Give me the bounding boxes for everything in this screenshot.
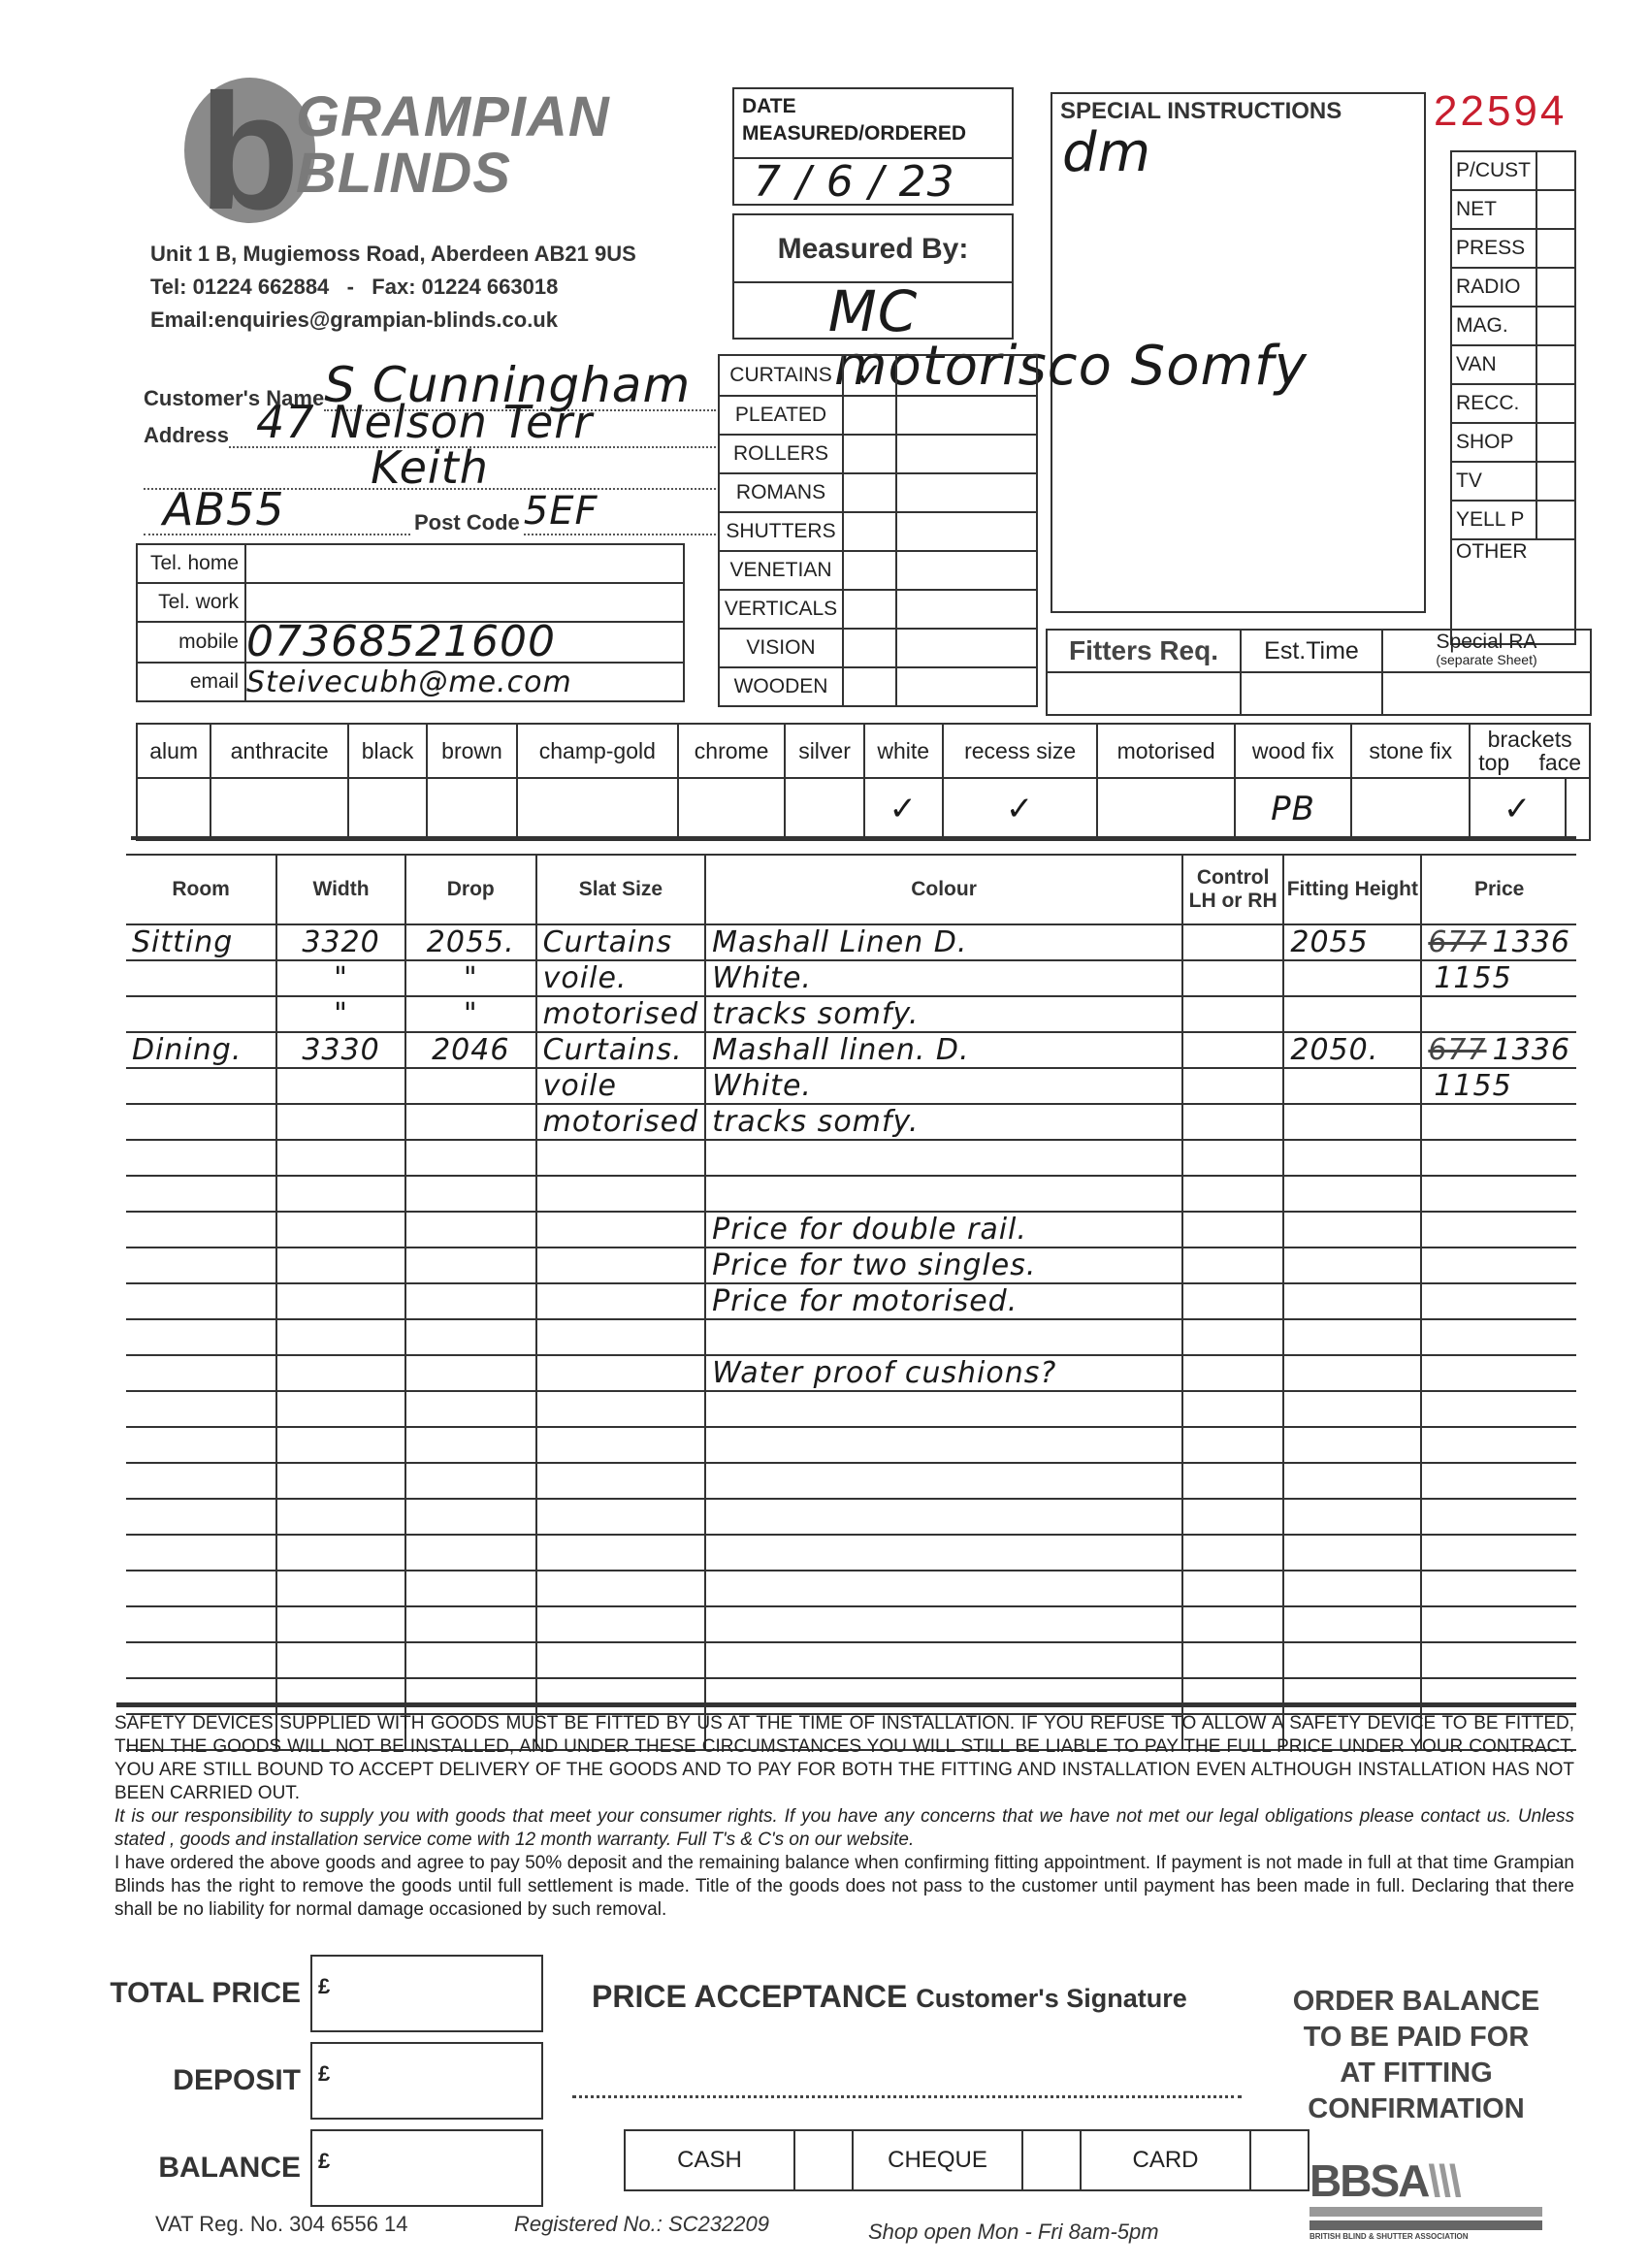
order-cell-slat[interactable]: Curtains.	[536, 1032, 706, 1068]
product-type-note[interactable]	[896, 512, 1037, 551]
order-cell-drop[interactable]: "	[405, 960, 536, 996]
order-cell-control[interactable]	[1182, 1319, 1283, 1355]
brackets-top-checkbox[interactable]: ✓	[1470, 778, 1566, 840]
order-cell-width[interactable]	[276, 1068, 405, 1104]
order-row	[126, 1391, 1576, 1427]
product-type-checkbox[interactable]	[843, 551, 896, 590]
order-cell-control[interactable]	[1182, 1642, 1283, 1678]
product-type-label: ROLLERS	[719, 435, 843, 473]
order-cell-fitting[interactable]	[1283, 1319, 1421, 1355]
order-cell-room[interactable]	[126, 1283, 276, 1319]
order-cell-room[interactable]	[126, 1499, 276, 1535]
order-cell-room[interactable]	[126, 1427, 276, 1463]
option-checkbox[interactable]	[678, 778, 786, 840]
order-cell-drop[interactable]	[405, 1068, 536, 1104]
order-cell-room[interactable]	[126, 1068, 276, 1104]
option-checkbox[interactable]	[210, 778, 348, 840]
source-row: VAN	[1451, 345, 1575, 384]
logo-letter: b	[199, 89, 300, 215]
order-cell-fitting[interactable]	[1283, 1427, 1421, 1463]
source-label: PRESS	[1451, 229, 1536, 268]
order-cell-width[interactable]	[276, 1319, 405, 1355]
product-type-checkbox[interactable]	[843, 512, 896, 551]
order-cell-drop[interactable]	[405, 1319, 536, 1355]
order-column-header: Room	[126, 855, 276, 924]
order-cell-room[interactable]	[126, 1355, 276, 1391]
source-checkbox[interactable]	[1536, 307, 1575, 345]
order-row: ""motorisedtracks somfy.	[126, 996, 1576, 1032]
bbsa-logo: BBSA\\\ BRITISH BLIND & SHUTTER ASSOCIAT…	[1309, 2158, 1542, 2241]
source-checkbox[interactable]	[1536, 151, 1575, 190]
contact-field[interactable]: 07368521600	[245, 622, 684, 663]
order-cell-price[interactable]	[1421, 1535, 1576, 1571]
order-cell-control[interactable]	[1182, 1176, 1283, 1212]
order-cell-slat[interactable]: voile.	[536, 960, 706, 996]
order-cell-fitting[interactable]	[1283, 1104, 1421, 1140]
order-cell-room[interactable]	[126, 1535, 276, 1571]
order-cell-colour[interactable]	[705, 1535, 1182, 1571]
order-cell-slat[interactable]	[536, 1212, 706, 1247]
order-cell-control[interactable]	[1182, 1283, 1283, 1319]
order-cell-colour[interactable]	[705, 1319, 1182, 1355]
order-cell-room[interactable]	[126, 1104, 276, 1140]
order-cell-price[interactable]: 6771336	[1421, 924, 1576, 960]
price-value: 1336	[1493, 1033, 1570, 1067]
order-cell-room[interactable]	[126, 1642, 276, 1678]
order-cell-slat[interactable]	[536, 1140, 706, 1176]
order-cell-width[interactable]: "	[276, 960, 405, 996]
product-type-note[interactable]	[896, 590, 1037, 629]
order-cell-slat[interactable]	[536, 1535, 706, 1571]
order-cell-control[interactable]	[1182, 1068, 1283, 1104]
order-cell-slat[interactable]	[536, 1642, 706, 1678]
contact-label: Tel. work	[137, 583, 245, 622]
order-cell-fitting[interactable]	[1283, 1678, 1421, 1714]
lead-source-table: P/CUSTNETPRESSRADIOMAG.VANRECC.SHOPTVYEL…	[1450, 150, 1576, 645]
product-type-row: PLEATED	[719, 396, 1037, 435]
order-cell-colour[interactable]: Mashall linen. D.	[705, 1032, 1182, 1068]
source-checkbox[interactable]	[1536, 423, 1575, 462]
order-cell-fitting[interactable]	[1283, 1391, 1421, 1427]
order-cell-fitting[interactable]	[1283, 1140, 1421, 1176]
order-cell-control[interactable]	[1182, 1140, 1283, 1176]
order-cell-width[interactable]	[276, 1355, 405, 1391]
order-cell-fitting[interactable]	[1283, 1283, 1421, 1319]
balance-label: BALANCE	[107, 2152, 301, 2185]
order-cell-slat[interactable]	[536, 1606, 706, 1642]
order-cell-room[interactable]	[126, 1247, 276, 1283]
postcode-field[interactable]: 5EF	[524, 489, 716, 535]
source-checkbox[interactable]	[1536, 462, 1575, 501]
order-cell-control[interactable]	[1182, 1535, 1283, 1571]
order-cell-slat[interactable]: voile	[536, 1068, 706, 1104]
product-type-note[interactable]	[896, 355, 1037, 396]
order-cell-colour[interactable]: Price for two singles.	[705, 1247, 1182, 1283]
contact-row: Tel. work	[137, 583, 684, 622]
address-line3-field[interactable]: AB55	[144, 485, 410, 535]
signature-line[interactable]	[572, 2095, 1242, 2098]
order-cell-slat[interactable]	[536, 1678, 706, 1714]
order-cell-drop[interactable]: 2055.	[405, 924, 536, 960]
order-cell-slat[interactable]: motorised	[536, 996, 706, 1032]
order-cell-width[interactable]: 3330	[276, 1032, 405, 1068]
order-cell-room[interactable]	[126, 1391, 276, 1427]
order-cell-drop[interactable]	[405, 1499, 536, 1535]
order-cell-drop[interactable]	[405, 1427, 536, 1463]
order-cell-room[interactable]	[126, 1606, 276, 1642]
brackets-sub: topface	[1474, 751, 1585, 774]
order-cell-price[interactable]	[1421, 1642, 1576, 1678]
order-cell-control[interactable]	[1182, 1032, 1283, 1068]
order-cell-slat[interactable]	[536, 1283, 706, 1319]
order-cell-slat[interactable]	[536, 1463, 706, 1499]
order-cell-slat[interactable]	[536, 1427, 706, 1463]
company-address: Unit 1 B, Mugiemoss Road, Aberdeen AB21 …	[150, 238, 636, 271]
price-value: 1155	[1434, 1069, 1511, 1103]
source-row: RECC.	[1451, 384, 1575, 423]
order-cell-control[interactable]	[1182, 1355, 1283, 1391]
order-row	[126, 1499, 1576, 1535]
product-type-note[interactable]	[896, 435, 1037, 473]
contact-label: email	[137, 663, 245, 701]
product-type-checkbox[interactable]	[843, 435, 896, 473]
price-struck: 677	[1428, 925, 1486, 959]
order-cell-width[interactable]	[276, 1140, 405, 1176]
balance-field[interactable]: £	[310, 2129, 543, 2207]
order-cell-price[interactable]	[1421, 1355, 1576, 1391]
order-cell-width[interactable]	[276, 1463, 405, 1499]
order-row: Sitting33202055.CurtainsMashall Linen D.…	[126, 924, 1576, 960]
option-checkbox[interactable]: PB	[1235, 778, 1351, 840]
order-cell-drop[interactable]	[405, 1391, 536, 1427]
order-row	[126, 1642, 1576, 1678]
contact-field[interactable]	[245, 583, 684, 622]
order-cell-control[interactable]	[1182, 1247, 1283, 1283]
order-cell-colour[interactable]: White.	[705, 960, 1182, 996]
terms-text: SAFETY DEVICES SUPPLIED WITH GOODS MUST …	[114, 1712, 1574, 1922]
shop-hours: Shop open Mon - Fri 8am-5pm	[868, 2219, 1159, 2245]
order-cell-drop[interactable]	[405, 1212, 536, 1247]
order-cell-fitting[interactable]	[1283, 1068, 1421, 1104]
product-type-note[interactable]	[896, 629, 1037, 667]
order-cell-colour[interactable]: Water proof cushions?	[705, 1355, 1182, 1391]
deposit-field[interactable]: £	[310, 2042, 543, 2120]
order-cell-price[interactable]	[1421, 1140, 1576, 1176]
order-cell-fitting[interactable]: 2050.	[1283, 1032, 1421, 1068]
order-cell-room[interactable]	[126, 960, 276, 996]
order-cell-slat[interactable]	[536, 1247, 706, 1283]
date-value[interactable]: 7 / 6 / 23	[734, 159, 1012, 206]
product-type-note[interactable]	[896, 473, 1037, 512]
order-cell-width[interactable]	[276, 1571, 405, 1606]
order-cell-drop[interactable]	[405, 1140, 536, 1176]
balance-row: BALANCE £	[107, 2129, 543, 2207]
order-cell-drop[interactable]: 2046	[405, 1032, 536, 1068]
order-cell-control[interactable]	[1182, 1212, 1283, 1247]
order-cell-slat[interactable]	[536, 1391, 706, 1427]
order-cell-price[interactable]	[1421, 1499, 1576, 1535]
product-type-checkbox[interactable]	[843, 590, 896, 629]
order-cell-slat[interactable]	[536, 1355, 706, 1391]
source-row: SHOP	[1451, 423, 1575, 462]
product-type-note[interactable]	[896, 667, 1037, 706]
order-cell-room[interactable]	[126, 1571, 276, 1606]
product-type-checkbox[interactable]	[843, 667, 896, 706]
order-cell-control[interactable]	[1182, 1499, 1283, 1535]
order-cell-drop[interactable]	[405, 1642, 536, 1678]
product-type-checkbox[interactable]	[843, 396, 896, 435]
postcode-row: AB55 Post Code 5EF	[144, 485, 716, 535]
order-cell-room[interactable]	[126, 1212, 276, 1247]
order-cell-room[interactable]	[126, 1463, 276, 1499]
order-cell-room[interactable]: Sitting	[126, 924, 276, 960]
order-cell-price[interactable]	[1421, 1427, 1576, 1463]
brackets-top-label: top	[1478, 751, 1509, 774]
product-type-checkbox[interactable]: ✓	[843, 355, 896, 396]
order-cell-colour[interactable]	[705, 1571, 1182, 1606]
source-checkbox[interactable]	[1536, 384, 1575, 423]
order-cell-price[interactable]	[1421, 1212, 1576, 1247]
order-cell-price[interactable]	[1421, 1463, 1576, 1499]
order-cell-colour[interactable]	[705, 1499, 1182, 1535]
order-cell-colour[interactable]	[705, 1427, 1182, 1463]
contact-field[interactable]: Steivecubh@me.com	[245, 663, 684, 701]
order-cell-width[interactable]	[276, 1104, 405, 1140]
order-cell-colour[interactable]	[705, 1463, 1182, 1499]
order-cell-drop[interactable]	[405, 1176, 536, 1212]
postcode-label: Post Code	[410, 510, 524, 535]
product-type-row: VERTICALS	[719, 590, 1037, 629]
payment-method-checkbox[interactable]	[1022, 2130, 1081, 2190]
option-checkbox[interactable]	[517, 778, 678, 840]
order-cell-drop[interactable]	[405, 1678, 536, 1714]
order-cell-price[interactable]: 6771336	[1421, 1032, 1576, 1068]
source-row: RADIO	[1451, 268, 1575, 307]
brackets-face-checkbox[interactable]	[1566, 778, 1590, 840]
order-cell-fitting[interactable]	[1283, 1642, 1421, 1678]
source-checkbox[interactable]	[1536, 229, 1575, 268]
deposit-row: DEPOSIT £	[107, 2042, 543, 2120]
product-type-label: WOODEN	[719, 667, 843, 706]
total-price-label: TOTAL PRICE	[107, 1977, 301, 2010]
order-cell-room[interactable]	[126, 1319, 276, 1355]
order-cell-colour[interactable]	[705, 1678, 1182, 1714]
product-type-row: WOODEN	[719, 667, 1037, 706]
product-type-note[interactable]	[896, 396, 1037, 435]
payment-method-checkbox[interactable]	[794, 2130, 853, 2190]
order-cell-fitting[interactable]	[1283, 1355, 1421, 1391]
order-cell-width[interactable]	[276, 1283, 405, 1319]
order-cell-slat[interactable]	[536, 1319, 706, 1355]
order-cell-room[interactable]	[126, 1678, 276, 1714]
order-cell-control[interactable]	[1182, 960, 1283, 996]
order-cell-price[interactable]	[1421, 1571, 1576, 1606]
order-cell-price[interactable]	[1421, 1678, 1576, 1714]
option-checkbox[interactable]	[1097, 778, 1235, 840]
source-label: RADIO	[1451, 268, 1536, 307]
order-cell-width[interactable]	[276, 1247, 405, 1283]
contact-label: mobile	[137, 622, 245, 663]
order-cell-price[interactable]	[1421, 1319, 1576, 1355]
order-cell-width[interactable]	[276, 1427, 405, 1463]
order-cell-price[interactable]	[1421, 1104, 1576, 1140]
order-cell-price[interactable]: 1155	[1421, 960, 1576, 996]
product-type-label: PLEATED	[719, 396, 843, 435]
order-cell-fitting[interactable]	[1283, 1212, 1421, 1247]
order-cell-control[interactable]	[1182, 1606, 1283, 1642]
order-cell-colour[interactable]: tracks somfy.	[705, 1104, 1182, 1140]
order-cell-colour[interactable]	[705, 1606, 1182, 1642]
order-cell-fitting[interactable]: 2055	[1283, 924, 1421, 960]
order-cell-price[interactable]	[1421, 1176, 1576, 1212]
special-ra-header: Special RA (separate Sheet)	[1382, 630, 1591, 672]
measured-by-box: Measured By: MC	[732, 213, 1014, 340]
product-type-checkbox[interactable]	[843, 473, 896, 512]
order-cell-fitting[interactable]	[1283, 1606, 1421, 1642]
order-cell-control[interactable]	[1182, 996, 1283, 1032]
est-time-field[interactable]	[1241, 672, 1382, 715]
source-checkbox[interactable]	[1536, 501, 1575, 539]
order-cell-colour[interactable]: tracks somfy.	[705, 996, 1182, 1032]
order-cell-fitting[interactable]	[1283, 1247, 1421, 1283]
order-cell-colour[interactable]	[705, 1140, 1182, 1176]
order-cell-control[interactable]	[1182, 1104, 1283, 1140]
order-cell-room[interactable]: Dining.	[126, 1032, 276, 1068]
bbsa-letters: BBSA	[1309, 2155, 1428, 2206]
product-type-row: CURTAINS✓	[719, 355, 1037, 396]
order-cell-slat[interactable]	[536, 1499, 706, 1535]
product-type-row: VENETIAN	[719, 551, 1037, 590]
order-cell-width[interactable]	[276, 1391, 405, 1427]
order-cell-colour[interactable]	[705, 1642, 1182, 1678]
order-cell-fitting[interactable]	[1283, 1571, 1421, 1606]
bbsa-bar	[1309, 2220, 1542, 2230]
fitters-req-label: Fitters Req.	[1047, 630, 1241, 672]
order-cell-drop[interactable]	[405, 1355, 536, 1391]
order-cell-width[interactable]	[276, 1678, 405, 1714]
order-cell-control[interactable]	[1182, 1391, 1283, 1427]
deposit-label: DEPOSIT	[107, 2064, 301, 2097]
option-checkbox[interactable]	[1351, 778, 1470, 840]
product-type-label: VENETIAN	[719, 551, 843, 590]
order-cell-room[interactable]	[126, 1176, 276, 1212]
order-cell-price[interactable]	[1421, 1391, 1576, 1427]
source-checkbox[interactable]	[1536, 268, 1575, 307]
order-cell-control[interactable]	[1182, 924, 1283, 960]
order-cell-fitting[interactable]	[1283, 1535, 1421, 1571]
section-divider	[131, 836, 1576, 840]
order-cell-price[interactable]	[1421, 996, 1576, 1032]
option-checkbox[interactable]	[427, 778, 517, 840]
product-type-row: SHUTTERS	[719, 512, 1037, 551]
order-cell-drop[interactable]	[405, 1247, 536, 1283]
order-cell-drop[interactable]	[405, 1283, 536, 1319]
order-cell-width[interactable]	[276, 1499, 405, 1535]
order-column-header: Colour	[705, 855, 1182, 924]
order-cell-width[interactable]	[276, 1176, 405, 1212]
order-cell-colour[interactable]: Price for motorised.	[705, 1283, 1182, 1319]
registered-number: Registered No.: SC232209	[514, 2212, 769, 2237]
order-cell-control[interactable]	[1182, 1678, 1283, 1714]
order-cell-room[interactable]	[126, 996, 276, 1032]
fitters-req-field[interactable]	[1047, 672, 1241, 715]
order-cell-fitting[interactable]	[1283, 1499, 1421, 1535]
order-cell-colour[interactable]	[705, 1176, 1182, 1212]
option-checkbox[interactable]	[348, 778, 427, 840]
order-cell-price[interactable]	[1421, 1247, 1576, 1283]
order-cell-fitting[interactable]	[1283, 1463, 1421, 1499]
source-checkbox[interactable]	[1536, 345, 1575, 384]
contact-field[interactable]	[245, 544, 684, 583]
source-checkbox[interactable]	[1536, 190, 1575, 229]
bbsa-bar	[1309, 2207, 1542, 2217]
order-cell-control[interactable]	[1182, 1571, 1283, 1606]
order-cell-colour[interactable]: Mashall Linen D.	[705, 924, 1182, 960]
option-checkbox[interactable]: ✓	[864, 778, 943, 840]
order-cell-colour[interactable]	[705, 1391, 1182, 1427]
product-type-checkbox[interactable]	[843, 629, 896, 667]
order-cell-slat[interactable]: Curtains	[536, 924, 706, 960]
table-bottom-divider	[116, 1702, 1576, 1707]
order-cell-price[interactable]	[1421, 1606, 1576, 1642]
option-checkbox[interactable]	[137, 778, 210, 840]
order-cell-price[interactable]: 1155	[1421, 1068, 1576, 1104]
order-cell-fitting[interactable]	[1283, 960, 1421, 996]
vat-number: VAT Reg. No. 304 6556 14	[155, 2212, 408, 2237]
total-price-field[interactable]: £	[310, 1955, 543, 2032]
order-cell-width[interactable]: "	[276, 996, 405, 1032]
product-type-note[interactable]	[896, 551, 1037, 590]
measured-by-label: Measured By:	[734, 215, 1012, 283]
order-cell-fitting[interactable]	[1283, 1176, 1421, 1212]
order-cell-control[interactable]	[1182, 1463, 1283, 1499]
option-header: chrome	[678, 724, 786, 778]
order-cell-width[interactable]	[276, 1606, 405, 1642]
order-cell-slat[interactable]	[536, 1176, 706, 1212]
option-checkbox[interactable]: ✓	[943, 778, 1097, 840]
order-cell-colour[interactable]: White.	[705, 1068, 1182, 1104]
special-ra-field[interactable]	[1382, 672, 1591, 715]
order-cell-width[interactable]	[276, 1535, 405, 1571]
order-row	[126, 1140, 1576, 1176]
order-cell-room[interactable]	[126, 1140, 276, 1176]
payment-method-checkbox[interactable]	[1250, 2130, 1309, 2190]
order-row	[126, 1427, 1576, 1463]
order-cell-slat[interactable]	[536, 1571, 706, 1606]
order-cell-drop[interactable]	[405, 1535, 536, 1571]
order-cell-drop[interactable]	[405, 1606, 536, 1642]
order-cell-width[interactable]: 3320	[276, 924, 405, 960]
order-row: Dining.33302046Curtains.Mashall linen. D…	[126, 1032, 1576, 1068]
order-cell-slat[interactable]: motorised	[536, 1104, 706, 1140]
order-cell-drop[interactable]	[405, 1571, 536, 1606]
order-cell-width[interactable]	[276, 1212, 405, 1247]
order-cell-drop[interactable]: "	[405, 996, 536, 1032]
order-cell-drop[interactable]	[405, 1463, 536, 1499]
measured-by-value[interactable]: MC	[734, 283, 1012, 340]
order-row	[126, 1463, 1576, 1499]
order-cell-colour[interactable]: Price for double rail.	[705, 1212, 1182, 1247]
order-cell-price[interactable]	[1421, 1283, 1576, 1319]
order-cell-control[interactable]	[1182, 1427, 1283, 1463]
order-cell-fitting[interactable]	[1283, 996, 1421, 1032]
option-checkbox[interactable]	[785, 778, 863, 840]
option-header: wood fix	[1235, 724, 1351, 778]
order-cell-width[interactable]	[276, 1642, 405, 1678]
order-table: RoomWidthDropSlat SizeColourControl LH o…	[126, 854, 1576, 1751]
order-cell-drop[interactable]	[405, 1104, 536, 1140]
option-header: motorised	[1097, 724, 1235, 778]
